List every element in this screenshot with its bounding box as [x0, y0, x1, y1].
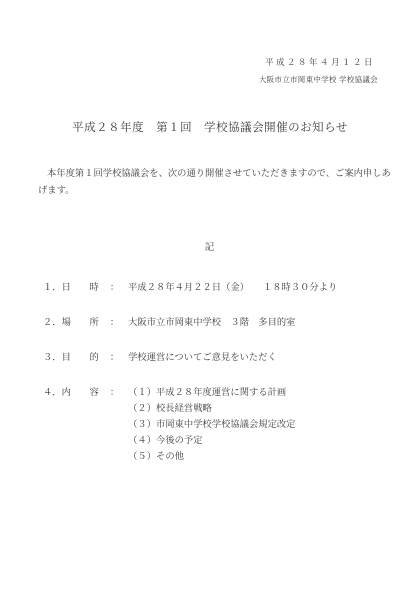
item-content-line: （５）その他 [128, 449, 400, 465]
item-content-line: 平成２８年４月２２日（金） １８時３０分より [128, 280, 400, 296]
item-content: 学校運営についてご意見をいただく [128, 350, 400, 366]
body-paragraph: 本年度第１回学校協議会を、次の通り開催させていただきますので、ご案内申しあ げま… [38, 166, 392, 200]
item-purpose: ３． 目 的 ： 学校運営についてご意見をいただく [43, 350, 400, 366]
item-number: ３． [43, 350, 62, 366]
record-mark: 記 [0, 242, 420, 254]
items-list: １． 日 時 ： 平成２８年４月２２日（金） １８時３０分より ２． 場 所 ：… [0, 280, 420, 465]
item-separator: ： [110, 315, 119, 331]
item-content-line: （１）平成２８年度運営に関する計画 [128, 385, 400, 401]
item-separator: ： [110, 350, 119, 366]
item-place: ２． 場 所 ： 大阪市立市岡東中学校 ３階 多目的室 [43, 315, 400, 331]
item-label: 場 所 [62, 315, 99, 331]
item-content-line: 学校運営についてご意見をいただく [128, 350, 400, 366]
body-line-2: げます。 [38, 183, 392, 200]
item-content: 平成２８年４月２２日（金） １８時３０分より [128, 280, 400, 296]
item-number: １． [43, 280, 62, 296]
organization-line: 大阪市立市岡東中学校 学校協議会 [0, 75, 378, 85]
item-content-line: （２）校長経営戦略 [128, 401, 400, 417]
document-page: 平成２８年４月１２日 大阪市立市岡東中学校 学校協議会 平成２８年度 第１回 学… [0, 0, 420, 594]
page-title: 平成２８年度 第１回 学校協議会開催のお知らせ [0, 121, 420, 136]
item-agenda: ４． 内 容 ： （１）平成２８年度運営に関する計画 （２）校長経営戦略 （３）… [43, 385, 400, 465]
item-separator: ： [110, 385, 119, 401]
item-number: ４． [43, 385, 62, 401]
item-content-line: （３）市岡東中学校学校協議会規定改定 [128, 417, 400, 433]
item-content: （１）平成２８年度運営に関する計画 （２）校長経営戦略 （３）市岡東中学校学校協… [128, 385, 400, 465]
item-number: ２． [43, 315, 62, 331]
item-label: 内 容 [62, 385, 99, 401]
date-line: 平成２８年４月１２日 [0, 0, 375, 68]
body-line-1: 本年度第１回学校協議会を、次の通り開催させていただきますので、ご案内申しあ [38, 166, 392, 183]
item-separator: ： [110, 280, 119, 296]
item-content-line: （４）今後の予定 [128, 433, 400, 449]
item-content: 大阪市立市岡東中学校 ３階 多目的室 [128, 315, 400, 331]
item-label: 日 時 [62, 280, 99, 296]
item-content-line: 大阪市立市岡東中学校 ３階 多目的室 [128, 315, 400, 331]
item-datetime: １． 日 時 ： 平成２８年４月２２日（金） １８時３０分より [43, 280, 400, 296]
item-label: 目 的 [62, 350, 99, 366]
